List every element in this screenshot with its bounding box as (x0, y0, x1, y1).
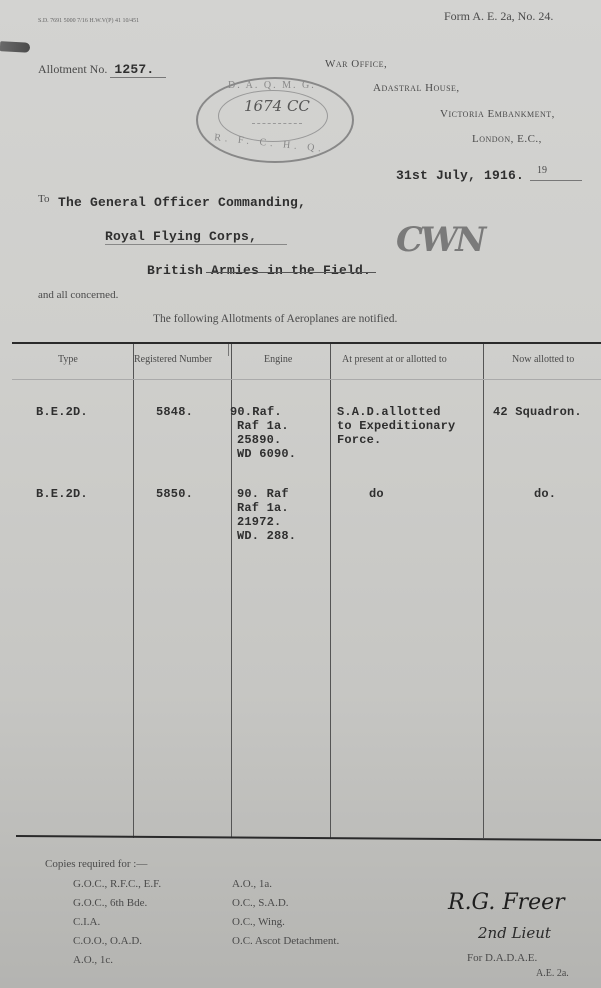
addressee-line-3: British Armies in the Field. (147, 263, 371, 278)
cell-engine-1: 90.Raf. (230, 406, 282, 420)
handwritten-initials: CWN (396, 220, 483, 260)
office-line-4: London, E.C., (472, 133, 542, 145)
cell-registered-number: 5850. (156, 488, 193, 502)
column-divider-3 (330, 344, 331, 838)
copies-item: A.O., 1a. (232, 878, 272, 890)
copies-item: C.I.A. (73, 916, 100, 928)
addressee-line-1: The General Officer Commanding, (58, 195, 306, 210)
stamp-date-line (252, 123, 302, 124)
cell-at-present-3: Force. (337, 434, 381, 448)
table-top-rule (12, 342, 601, 344)
and-all-concerned: and all concerned. (38, 289, 118, 301)
cell-engine-4: WD. 288. (237, 530, 296, 544)
office-line-3: Victoria Embankment, (440, 108, 555, 120)
printed-strike-line (206, 272, 376, 273)
office-line-1: War Office, (325, 58, 387, 70)
office-line-2: Adastral House, (373, 82, 460, 94)
cell-engine-3: 21972. (237, 516, 281, 530)
cell-now-allotted: do. (534, 488, 556, 502)
signature-for-label: For D.A.D.A.E. (467, 952, 537, 964)
stamp-handwritten-number: 1674 CC (244, 97, 310, 115)
cell-now-allotted: 42 Squadron. (493, 406, 582, 420)
column-header-engine: Engine (264, 354, 292, 365)
copies-item: C.O.O., O.A.D. (73, 935, 142, 947)
column-header-registered-number: Registered Number (134, 354, 212, 365)
signature-rank: 2nd Lieut (478, 924, 551, 942)
column-header-type: Type (58, 354, 78, 365)
stamp-top-text: D. A. Q. M. G. (228, 80, 316, 91)
allotment-number-value: 1257. (110, 62, 166, 78)
allotment-number-label: Allotment No. 1257. (38, 62, 166, 78)
to-label: To (38, 193, 49, 205)
column-header-at-present: At present at or allotted to (342, 354, 447, 365)
cell-at-present-1: S.A.D.allotted (337, 406, 441, 420)
cell-engine-2: Raf 1a. (237, 420, 289, 434)
cell-engine-3: 25890. (237, 434, 281, 448)
copies-item: O.C. Ascot Detachment. (232, 935, 339, 947)
copies-item: O.C., Wing. (232, 916, 285, 928)
cell-at-present-1: do (369, 488, 384, 502)
printer-code: S.D. 7691 5000 7/16 H.W.V(P) 41 10/451 (38, 18, 139, 24)
addressee-line-2: Royal Flying Corps, (105, 229, 287, 245)
pen-nib-mark (0, 41, 30, 53)
date-year-printed: 19 (537, 165, 547, 176)
cell-registered-number: 5848. (156, 406, 193, 420)
copies-item: G.O.C., 6th Bde. (73, 897, 147, 909)
signature-form-code: A.E. 2a. (536, 968, 569, 979)
signature-name: R.G. Freer (448, 890, 565, 915)
copies-item: A.O., 1c. (73, 954, 113, 966)
cell-engine-2: Raf 1a. (237, 502, 289, 516)
date-typed: 31st July, 1916. (396, 168, 524, 183)
form-number: Form A. E. 2a, No. 24. (444, 9, 553, 24)
cell-at-present-2: to Expeditionary (337, 420, 455, 434)
column-header-now-allotted: Now allotted to (512, 354, 574, 365)
table-bottom-rule (16, 835, 601, 841)
date-underline (530, 180, 582, 181)
column-divider-1 (133, 344, 134, 838)
header-bottom-rule (12, 379, 601, 380)
copies-item: G.O.C., R.F.C., E.F. (73, 878, 161, 890)
cell-type: B.E.2D. (36, 488, 88, 502)
column-divider-4 (483, 344, 484, 838)
cell-engine-4: WD 6090. (237, 448, 296, 462)
copies-item: O.C., S.A.D. (232, 897, 289, 909)
cell-engine-1: 90. Raf (237, 488, 289, 502)
cell-type: B.E.2D. (36, 406, 88, 420)
copies-heading: Copies required for :— (45, 858, 147, 870)
intro-text: The following Allotments of Aeroplanes a… (153, 313, 397, 325)
column-divider-2a (228, 344, 229, 356)
